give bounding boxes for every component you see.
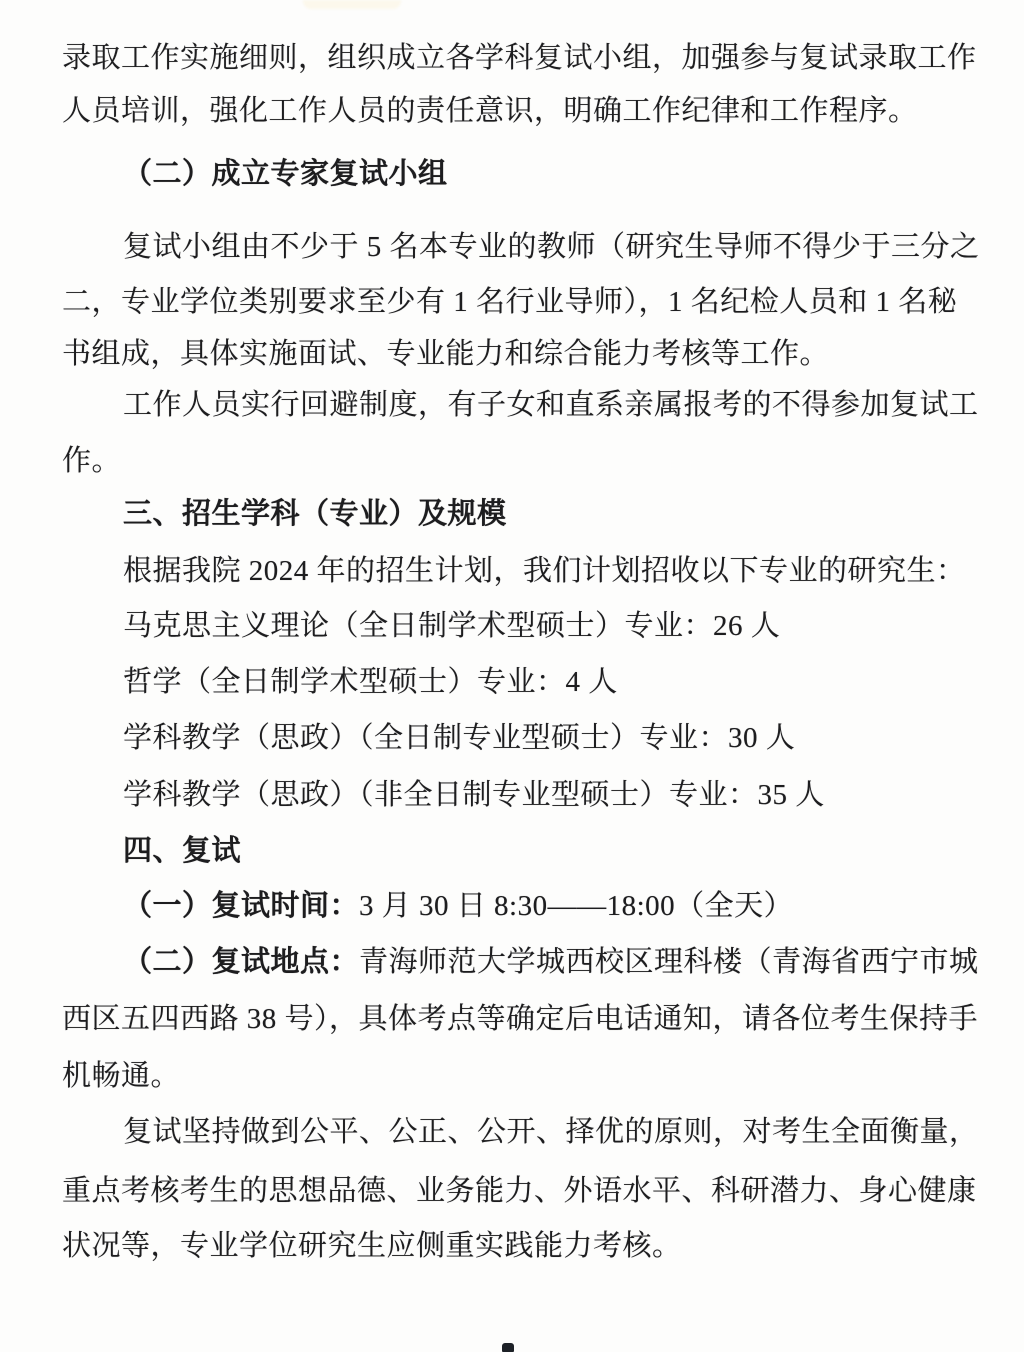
reexam-time-value: 3 月 30 日 8:30——18:00（全天） — [359, 890, 793, 922]
line-fairness-principle-2: 重点考核考生的思想品德、业务能力、外语水平、科研潜力、身心健康 — [62, 1173, 977, 1209]
reexam-time-label: （一）复试时间： — [123, 890, 359, 922]
page-number-mark — [502, 1343, 514, 1352]
line-major-subject-teaching-fulltime: 学科教学（思政）（全日制专业型硕士）专业：30 人 — [123, 720, 795, 756]
line-panel-composition-1: 复试小组由不少于 5 名本专业的教师（研究生导师不得少于三分之 — [123, 229, 980, 265]
heading-expert-panel: （二）成立专家复试小组 — [123, 156, 448, 192]
line-enrollment-plan-intro: 根据我院 2024 年的招生计划，我们计划招收以下专业的研究生： — [123, 553, 966, 589]
line-reexam-location-3: 机畅通。 — [62, 1058, 180, 1094]
line-major-marxism: 马克思主义理论（全日制学术型硕士）专业：26 人 — [123, 608, 780, 644]
reexam-location-label: （二）复试地点： — [123, 946, 359, 978]
line-reexam-location-2: 西区五四西路 38 号），具体考点等确定后电话通知，请各位考生保持手 — [62, 1001, 978, 1037]
reexam-location-value: 青海师范大学城西校区理科楼（青海省西宁市城 — [359, 946, 979, 978]
line-panel-composition-2: 二，专业学位类别要求至少有 1 名行业导师），1 名纪检人员和 1 名秘 — [62, 284, 957, 320]
line-recusal-policy-1: 工作人员实行回避制度，有子女和直系亲属报考的不得参加复试工 — [123, 387, 979, 423]
line-reexam-location-1: （二）复试地点：青海师范大学城西校区理科楼（青海省西宁市城 — [123, 944, 979, 980]
heading-enrollment-disciplines: 三、招生学科（专业）及规模 — [123, 496, 507, 532]
line-fairness-principle-3: 状况等，专业学位研究生应侧重实践能力考核。 — [62, 1228, 682, 1264]
line-admission-rules-1: 录取工作实施细则，组织成立各学科复试小组，加强参与复试录取工作 — [62, 40, 977, 76]
scan-smudge — [303, 0, 401, 9]
line-major-subject-teaching-parttime: 学科教学（思政）（非全日制专业型硕士）专业：35 人 — [123, 777, 825, 813]
line-panel-composition-3: 书组成，具体实施面试、专业能力和综合能力考核等工作。 — [62, 336, 829, 372]
line-recusal-policy-2: 作。 — [62, 443, 121, 479]
line-fairness-principle-1: 复试坚持做到公平、公正、公开、择优的原则，对考生全面衡量， — [123, 1114, 979, 1150]
line-reexam-time: （一）复试时间：3 月 30 日 8:30——18:00（全天） — [123, 888, 793, 924]
line-major-philosophy: 哲学（全日制学术型硕士）专业：4 人 — [123, 664, 618, 700]
scanned-document-page: 录取工作实施细则，组织成立各学科复试小组，加强参与复试录取工作 人员培训，强化工… — [0, 0, 1024, 1352]
line-admission-rules-2: 人员培训，强化工作人员的责任意识，明确工作纪律和工作程序。 — [62, 93, 918, 129]
heading-reexamination: 四、复试 — [123, 833, 241, 869]
